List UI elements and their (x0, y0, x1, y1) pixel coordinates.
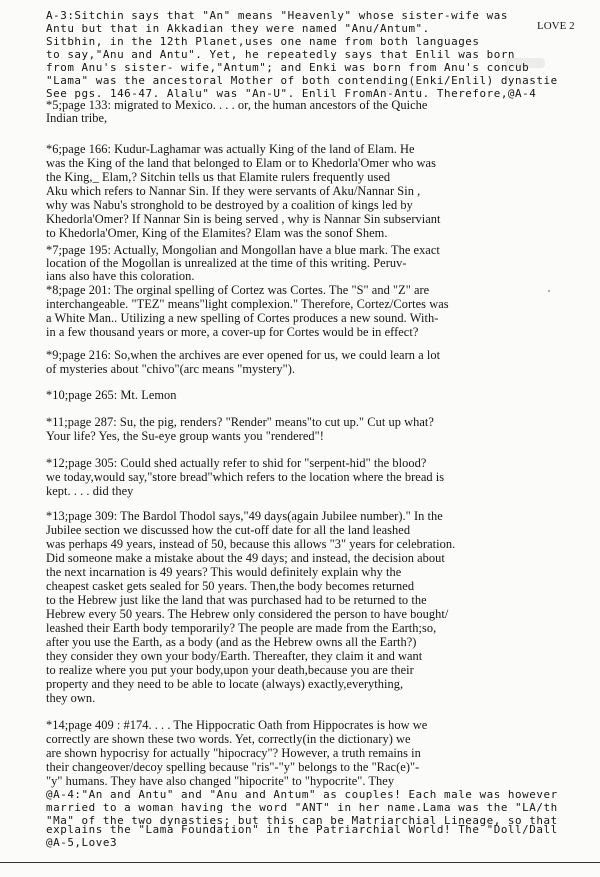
text-line: they consider they own your body/Earth. … (46, 650, 422, 663)
text-line: *9;page 216: So,when the archives are ev… (46, 349, 440, 362)
text-line: to Khedorla'Omer, King of the Elamites? … (46, 227, 387, 240)
text-line: *11;page 287: Su, the pig, renders? "Ren… (46, 416, 434, 429)
text-line: Indian tribe, (46, 112, 107, 125)
text-line: cheapest casket gets sealed for 50 years… (46, 580, 414, 593)
text-line: we today,would say,"store bread"which re… (46, 471, 444, 484)
text-line: correctly are shown these two words. Yet… (46, 733, 411, 746)
text-line: they own. (46, 692, 95, 705)
scan-speck (548, 290, 550, 292)
text-line: are shown hypocrisy for actually "hipocr… (46, 747, 421, 760)
text-line: *8;page 201: The orginal spelling of Cor… (46, 284, 429, 297)
text-line: "y" humans. They have also changed "hipo… (46, 775, 394, 788)
text-line: of mysteries about "chivo"(arc means "my… (46, 363, 295, 376)
text-line: *6;page 166: Kudur-Laghamar was actually… (46, 143, 415, 156)
text-line: Your life? Yes, the Su-eye group wants y… (46, 430, 324, 443)
text-line: to say,"Anu and Antu". Yet, he repeatedl… (46, 48, 515, 61)
text-line: explains the "Lama Foundation" in the Pa… (46, 823, 558, 836)
text-line: *10;page 265: Mt. Lemon (46, 389, 177, 402)
page-bottom-rule (0, 862, 600, 863)
text-line: A-3:Sitchin says that "An" means "Heaven… (46, 9, 508, 22)
text-line: Jubilee section we discussed how the cut… (46, 524, 410, 537)
text-line: in a few thousand years or more, a cover… (46, 326, 418, 339)
text-line: to the Hebrew just like the land that wa… (46, 594, 427, 607)
text-line: was perhaps 49 years, instead of 50, bec… (46, 538, 455, 551)
text-line: @A-4:"An and Antu" and "Anu and Antum" a… (46, 788, 558, 801)
text-line: leashed their Earth body temporarily? Th… (46, 622, 436, 635)
page-label: LOVE 2 (537, 20, 575, 32)
text-line: *12;page 305: Could shed actually refer … (46, 457, 426, 470)
text-line: the King,_ Elam,? Sitchin tells us that … (46, 171, 390, 184)
text-line: to realize where you put your body,upon … (46, 664, 414, 677)
text-line: kept. . . . did they (46, 485, 133, 498)
text-line: ians also have this coloration. (46, 270, 194, 283)
text-line: Khedorla'Omer? If Nannar Sin is being se… (46, 213, 441, 226)
text-line: "Lama" was the ancestoral Mother of both… (46, 74, 558, 87)
text-line: Aku which refers to Nannar Sin. If they … (46, 185, 420, 198)
text-line: *14;page 409 : #174. . . . The Hippocrat… (46, 719, 427, 732)
text-line: Did someone make a mistake about the 49 … (46, 552, 445, 565)
text-line: interchangeable. "TEZ" means"light compl… (46, 298, 449, 311)
text-line: was the King of the land that belonged t… (46, 157, 436, 170)
text-line: from Anu's sister- wife,"Antum"; and Enk… (46, 61, 529, 74)
text-line: a White Man.. Utilizing a new spelling o… (46, 312, 438, 325)
text-line: *13;page 309: The Bardol Thodol says,"49… (46, 510, 443, 523)
text-line: Hebrew every 50 years. The Hebrew only c… (46, 608, 448, 621)
text-line: @A-5,Love3 (46, 836, 117, 849)
text-line: Antu but that in Akkadian they were name… (46, 22, 430, 35)
text-line: Sitbhin, in the 12th Planet,uses one nam… (46, 35, 480, 48)
text-line: married to a woman having the word "ANT"… (46, 801, 558, 814)
text-line: their changeover/decoy spelling because … (46, 761, 419, 774)
document-page: LOVE 2 A-3:Sitchin says that "An" means … (0, 0, 600, 877)
text-line: the next incarnation is 49 years? This w… (46, 566, 401, 579)
text-line: property and they need to be able to loc… (46, 678, 403, 691)
text-line: why was Nabu's stronghold to be destroye… (46, 199, 413, 212)
text-line: after you use the Earth, as a body (and … (46, 636, 416, 649)
